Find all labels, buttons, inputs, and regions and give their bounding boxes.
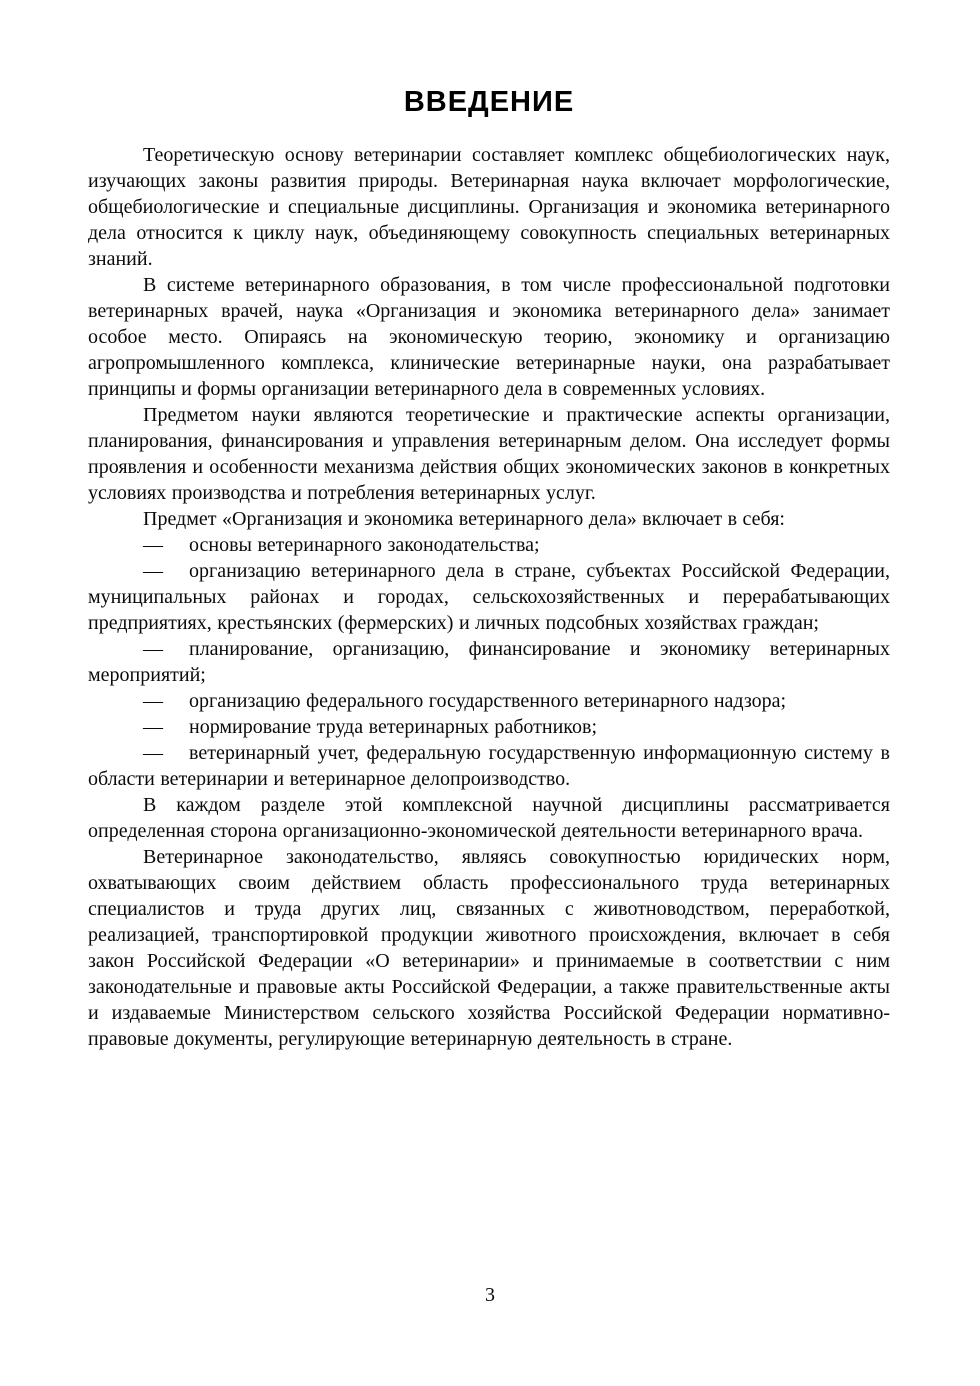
list-item-text: основы ветеринарного законодательства; [189, 534, 540, 556]
paragraph-closing-2: Ветеринарное законодательство, являясь с… [88, 844, 890, 1052]
dash-marker: — [143, 532, 189, 558]
list-item-text: ветеринарный учет, федеральную государст… [88, 742, 890, 790]
list-item-text: нормирование труда ветеринарных работник… [189, 716, 597, 738]
list-item: —планирование, организацию, финансирован… [88, 636, 890, 688]
paragraph-intro-4: Предмет «Организация и экономика ветерин… [88, 506, 890, 532]
paragraph-intro-3: Предметом науки являются теоретические и… [88, 402, 890, 506]
page-title: ВВЕДЕНИЕ [88, 86, 890, 119]
list-item-text: планирование, организацию, финансировани… [88, 638, 890, 686]
dash-marker: — [143, 688, 189, 714]
paragraph-closing-1: В каждом разделе этой комплексной научно… [88, 792, 890, 844]
paragraph-intro-2: В системе ветеринарного образования, в т… [88, 272, 890, 402]
document-page: ВВЕДЕНИЕ Теоретическую основу ветеринари… [0, 0, 980, 1386]
list-item: —нормирование труда ветеринарных работни… [88, 714, 890, 740]
paragraph-intro-1: Теоретическую основу ветеринарии составл… [88, 142, 890, 272]
page-number: 3 [0, 1283, 980, 1307]
dash-marker: — [143, 740, 189, 766]
list-item-text: организацию ветеринарного дела в стране,… [88, 560, 890, 634]
list-item-text: организацию федерального государственног… [189, 690, 786, 712]
list-item: —ветеринарный учет, федеральную государс… [88, 740, 890, 792]
dash-marker: — [143, 558, 189, 584]
list-item: —основы ветеринарного законодательства; [88, 532, 890, 558]
dash-marker: — [143, 714, 189, 740]
dash-marker: — [143, 636, 189, 662]
list-item: —организацию ветеринарного дела в стране… [88, 558, 890, 636]
list-item: —организацию федерального государственно… [88, 688, 890, 714]
